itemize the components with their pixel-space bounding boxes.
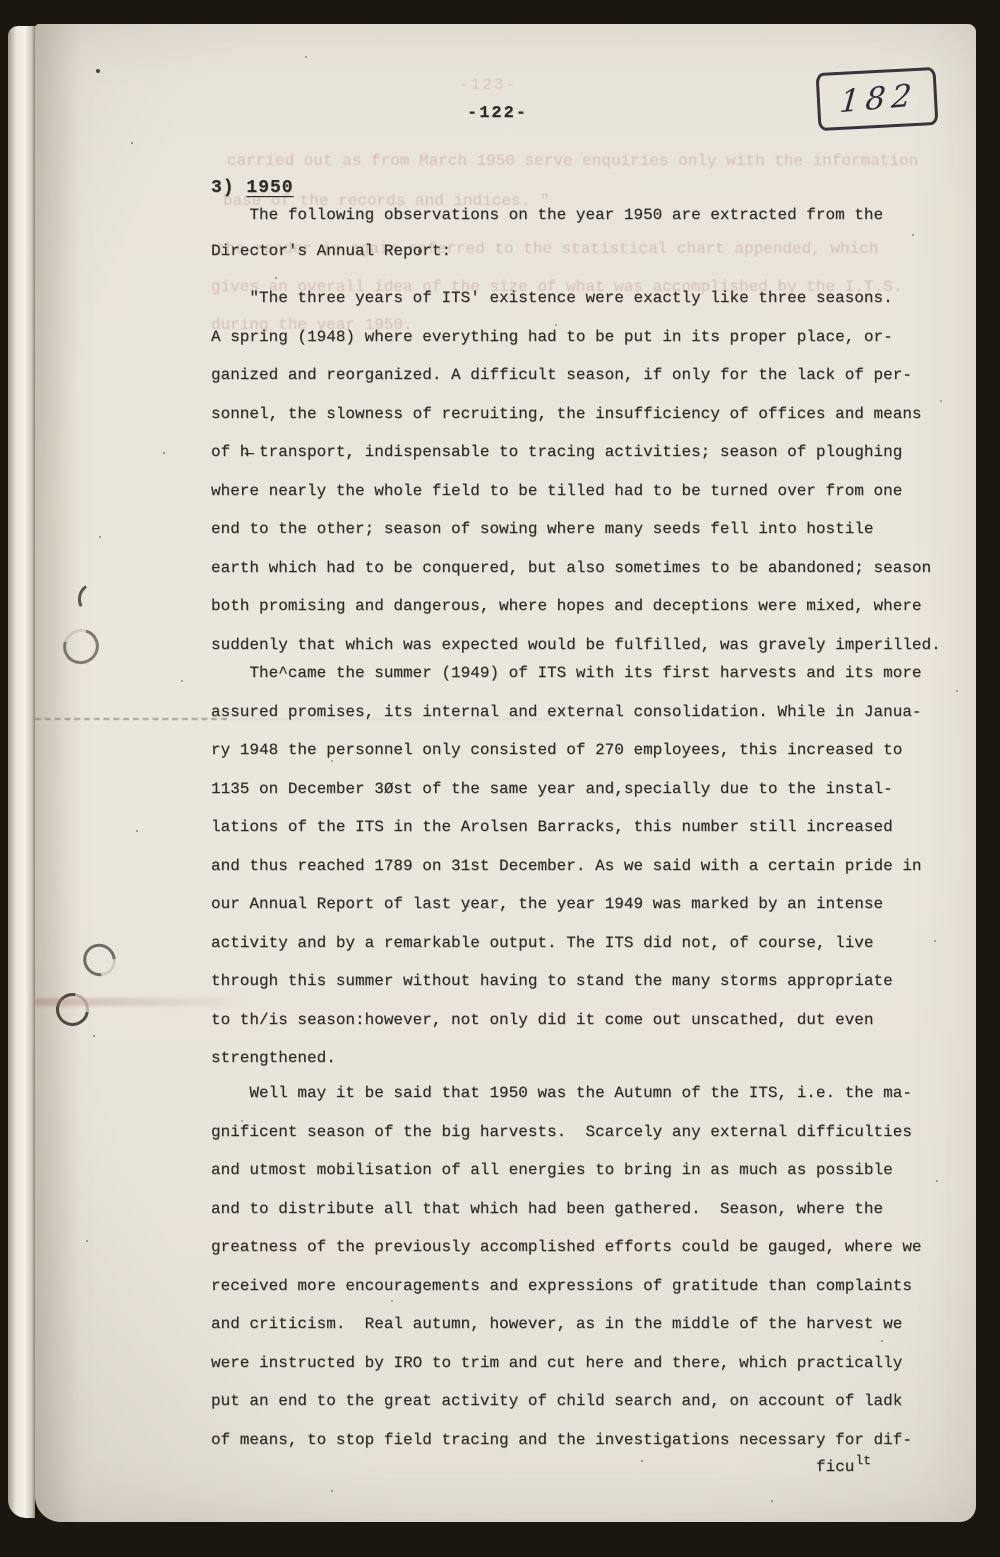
text-line: ry 1948 the personnel only consisted of …	[211, 741, 922, 780]
paper-crease	[35, 718, 227, 720]
archive-stamp-box: 182	[816, 67, 939, 131]
text-line: both promising and dangerous, where hope…	[211, 597, 941, 636]
text-line: of means, to stop field tracing and the …	[211, 1431, 922, 1470]
text-line: ganized and reorganized. A difficult sea…	[211, 366, 941, 405]
paragraph-intro: The following observations on the year 1…	[211, 206, 883, 278]
catchword: ficult	[816, 1458, 870, 1476]
text-line: assured promises, its internal and exter…	[211, 703, 922, 742]
text-line: end to the other; season of sowing where…	[211, 520, 941, 559]
punch-ring-mark	[77, 937, 123, 983]
text-line: activity and by a remarkable output. The…	[211, 934, 922, 973]
text-line: through this summer without having to st…	[211, 972, 922, 1011]
text-line: and criticism. Real autumn, however, as …	[211, 1315, 922, 1354]
text-line: our Annual Report of last year, the year…	[211, 895, 922, 934]
punch-ring-mark	[75, 580, 110, 617]
text-line: earth which had to be conquered, but als…	[211, 559, 941, 598]
section-heading-prefix: 3)	[211, 178, 246, 198]
catchword-superscript: lt	[855, 1453, 871, 1468]
paragraph-quote-2: The^came the summer (1949) of ITS with i…	[211, 664, 922, 1088]
text-line: "The three years of ITS' existence were …	[211, 289, 941, 328]
text-line: and to distribute all that which had bee…	[211, 1200, 922, 1239]
catchword-base: ficu	[816, 1458, 854, 1476]
text-line: Well may it be said that 1950 was the Au…	[211, 1084, 922, 1123]
section-heading-year: 1950	[246, 178, 293, 198]
punch-ring-mark	[50, 987, 96, 1033]
text-line: strengthened.	[211, 1049, 922, 1088]
paragraph-quote-1: "The three years of ITS' existence were …	[211, 289, 941, 674]
text-line: lations of the ITS in the Arolsen Barrac…	[211, 818, 922, 857]
text-line: where nearly the whole field to be tille…	[211, 482, 941, 521]
text-line: to th/is season:however, not only did it…	[211, 1011, 922, 1050]
paragraph-quote-3: Well may it be said that 1950 was the Au…	[211, 1084, 922, 1469]
text-line: The following observations on the year 1…	[211, 206, 883, 242]
text-line: received more encouragements and express…	[211, 1277, 922, 1316]
page-stack-edge	[8, 26, 35, 1518]
text-line: were instructed by IRO to trim and cut h…	[211, 1354, 922, 1393]
document-page: -123- carried out as from March 1950 ser…	[35, 24, 976, 1522]
ghost-page-number: -123-	[459, 76, 517, 94]
scan-background: { "doc": { "page_number": "-122-", "ghos…	[0, 0, 1000, 1557]
text-line: A spring (1948) where everything had to …	[211, 328, 941, 367]
text-line: put an end to the great activity of chil…	[211, 1392, 922, 1431]
ghost-text-line: carried out as from March 1950 serve enq…	[227, 152, 918, 170]
page-number: -122-	[467, 104, 528, 123]
text-line: and utmost mobilisation of all energies …	[211, 1161, 922, 1200]
dust-specks	[35, 24, 37, 26]
punch-ring-mark	[57, 623, 105, 671]
section-heading: 3) 1950	[211, 178, 294, 198]
stamp-number: 182	[835, 77, 920, 120]
text-line: sonnel, the slowness of recruiting, the …	[211, 405, 941, 444]
text-line: gnificent season of the big harvests. Sc…	[211, 1123, 922, 1162]
paper-crease	[230, 719, 550, 720]
text-line: and thus reached 1789 on 31st December. …	[211, 857, 922, 896]
text-line: The^came the summer (1949) of ITS with i…	[211, 664, 922, 703]
text-line: 1135 on December 3Øst of the same year a…	[211, 780, 922, 819]
text-line: of h̶ transport, indispensable to tracin…	[211, 443, 941, 482]
paper-smudge	[35, 998, 250, 1006]
text-line: greatness of the previously accomplished…	[211, 1238, 922, 1277]
text-line: Director's Annual Report:	[211, 242, 883, 278]
